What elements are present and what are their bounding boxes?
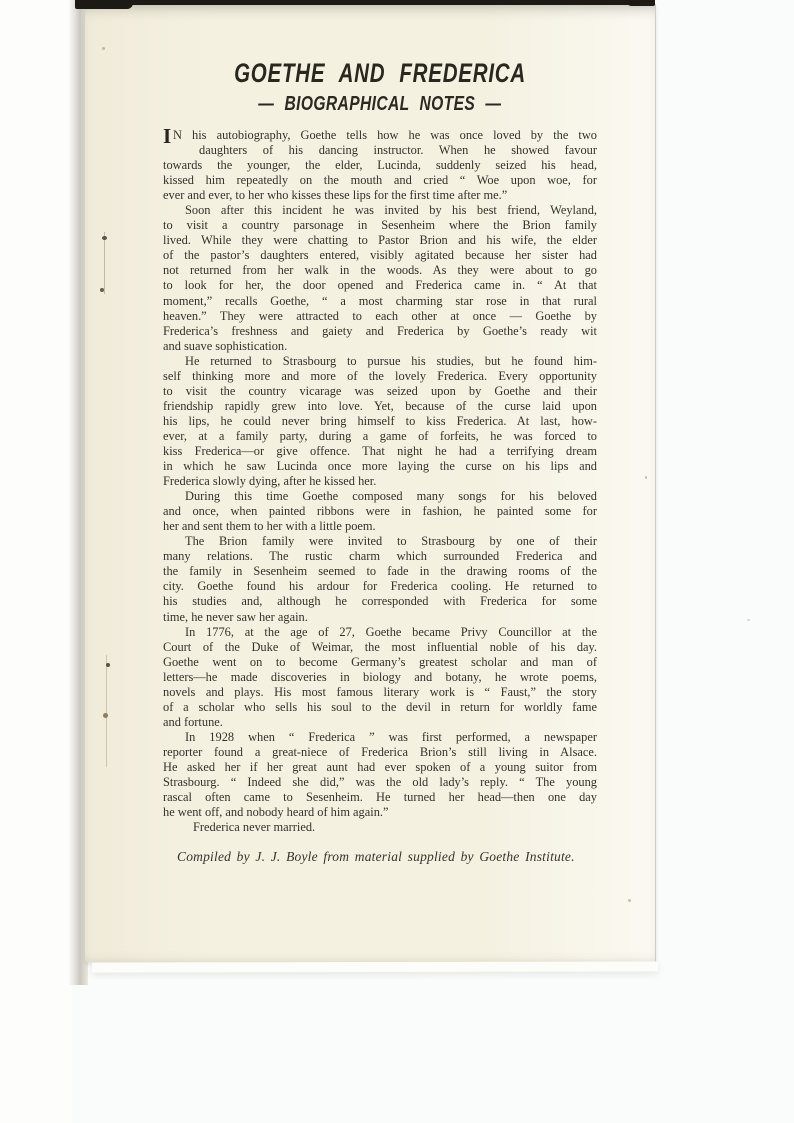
text-line: He asked her if her great aunt had ever …	[163, 760, 597, 775]
text-line: moment,” recalls Goethe, “ a most charmi…	[163, 294, 597, 309]
text-line: rascal often came to Sesenheim. He turne…	[163, 790, 597, 805]
text-line: During this time Goethe composed many so…	[163, 489, 597, 504]
scanned-page-root: GOETHE AND FREDERICA — BIOGRAPHICAL NOTE…	[0, 0, 794, 1123]
paragraph: In 1928 when “ Frederica ” was first per…	[163, 730, 597, 820]
paragraph: During this time Goethe composed many so…	[163, 489, 597, 534]
paragraph: The Brion family were invited to Strasbo…	[163, 534, 597, 624]
text-line: his studies and, although he corresponde…	[163, 594, 597, 609]
text-line: Frederica slowly dying, after he kissed …	[163, 474, 597, 489]
paragraph: Soon after this incident he was invited …	[163, 203, 597, 353]
text-line: to look for her, the door opened and Fre…	[163, 278, 597, 293]
paragraph: In 1776, at the age of 27, Goethe became…	[163, 625, 597, 730]
text-line: novels and plays. His most famous litera…	[163, 685, 597, 700]
text-line: not returned from her walk in the woods.…	[163, 263, 597, 278]
text-line: and suave sophistication.	[163, 339, 597, 354]
staple-mark	[102, 236, 107, 240]
text-line: heaven.” They were attracted to each oth…	[163, 309, 597, 324]
text-line: letters—he made discoveries in biology a…	[163, 670, 597, 685]
text-line: ever, at a family party, during a game o…	[163, 429, 597, 444]
drop-cap: I	[163, 126, 171, 147]
text-line: his lips, he could never bring himself t…	[163, 414, 597, 429]
text-line: to visit a country parsonage in Sesenhei…	[163, 218, 597, 233]
text-line: in which he saw Lucinda once more laying…	[163, 459, 597, 474]
text-line: Soon after this incident he was invited …	[163, 203, 597, 218]
paragraph: Frederica never married.	[163, 820, 597, 835]
body-text: IN his autobiography, Goethe tells how h…	[163, 128, 597, 835]
paragraph: IN his autobiography, Goethe tells how h…	[163, 128, 597, 203]
page-subtitle: — BIOGRAPHICAL NOTES —	[163, 93, 597, 116]
text-line: time, he never saw her again.	[163, 610, 597, 625]
text-line: many relations. The rustic charm which s…	[163, 549, 597, 564]
scanner-left-strip	[0, 0, 72, 1123]
credit-line: Compiled by J. J. Boyle from material su…	[177, 849, 611, 865]
text-line: kiss Frederica—or give offence. That nig…	[163, 444, 597, 459]
paragraph: He returned to Strasbourg to pursue his …	[163, 354, 597, 489]
staple-mark	[106, 663, 110, 667]
page-title: GOETHE AND FREDERICA	[163, 58, 597, 89]
scan-top-edge-thick	[75, 0, 133, 9]
text-line: her and sent them to her with a little p…	[163, 519, 597, 534]
page-subtitle-text: — BIOGRAPHICAL NOTES —	[258, 93, 501, 116]
text-line: Court of the Duke of Weimar, the most in…	[163, 640, 597, 655]
staple-mark	[100, 288, 104, 292]
text-line: he went off, and nobody heard of him aga…	[163, 805, 597, 820]
text-line: kissed him repeatedly on the mouth and c…	[163, 173, 597, 188]
scan-top-edge-thick	[628, 0, 655, 6]
stitch-thread	[106, 655, 107, 767]
text-line: lived. While they were chatting to Pasto…	[163, 233, 597, 248]
text-line: He returned to Strasbourg to pursue his …	[163, 354, 597, 369]
text-line: the family in Sesenheim seemed to fade i…	[163, 564, 597, 579]
text-line: and once, when painted ribbons were in f…	[163, 504, 597, 519]
text-line: and fortune.	[163, 715, 597, 730]
dust-speck	[628, 899, 631, 902]
text-line: The Brion family were invited to Strasbo…	[163, 534, 597, 549]
text-line: In 1776, at the age of 27, Goethe became…	[163, 625, 597, 640]
text-line: of the pastor’s daughters entered, visib…	[163, 248, 597, 263]
stitch-thread	[104, 232, 105, 294]
dust-speck	[645, 476, 647, 479]
text-line: ever and ever, to her who kisses these l…	[163, 188, 597, 203]
text-line: Frederica’s freshness and gaiety and Fre…	[163, 324, 597, 339]
scan-top-edge	[75, 0, 655, 5]
staple-mark	[103, 713, 108, 718]
text-line: reporter found a great-niece of Frederic…	[163, 745, 597, 760]
text-line: friendship rapidly grew into love. Yet, …	[163, 399, 597, 414]
text-line: city. Goethe found his ardour for Freder…	[163, 579, 597, 594]
text-line: Strasbourg. “ Indeed she did,” was the o…	[163, 775, 597, 790]
text-line: towards the younger, the elder, Lucinda,…	[163, 158, 597, 173]
text-line: self thinking more and more of the lovel…	[163, 369, 597, 384]
dust-speck	[747, 619, 750, 621]
text-line: IN his autobiography, Goethe tells how h…	[163, 128, 597, 143]
paper-page: GOETHE AND FREDERICA — BIOGRAPHICAL NOTE…	[85, 4, 656, 962]
text-line: Frederica never married.	[163, 820, 597, 835]
text-line: of a scholar who sells his soul to the d…	[163, 700, 597, 715]
under-page-edge	[92, 961, 658, 972]
text-line: daughters of his dancing instructor. Whe…	[163, 143, 597, 158]
text-line: Goethe went on to become Germany’s great…	[163, 655, 597, 670]
dust-speck	[102, 47, 105, 50]
text-line: to visit the country vicarage was seized…	[163, 384, 597, 399]
page-title-text: GOETHE AND FREDERICA	[234, 58, 526, 89]
text-line: In 1928 when “ Frederica ” was first per…	[163, 730, 597, 745]
